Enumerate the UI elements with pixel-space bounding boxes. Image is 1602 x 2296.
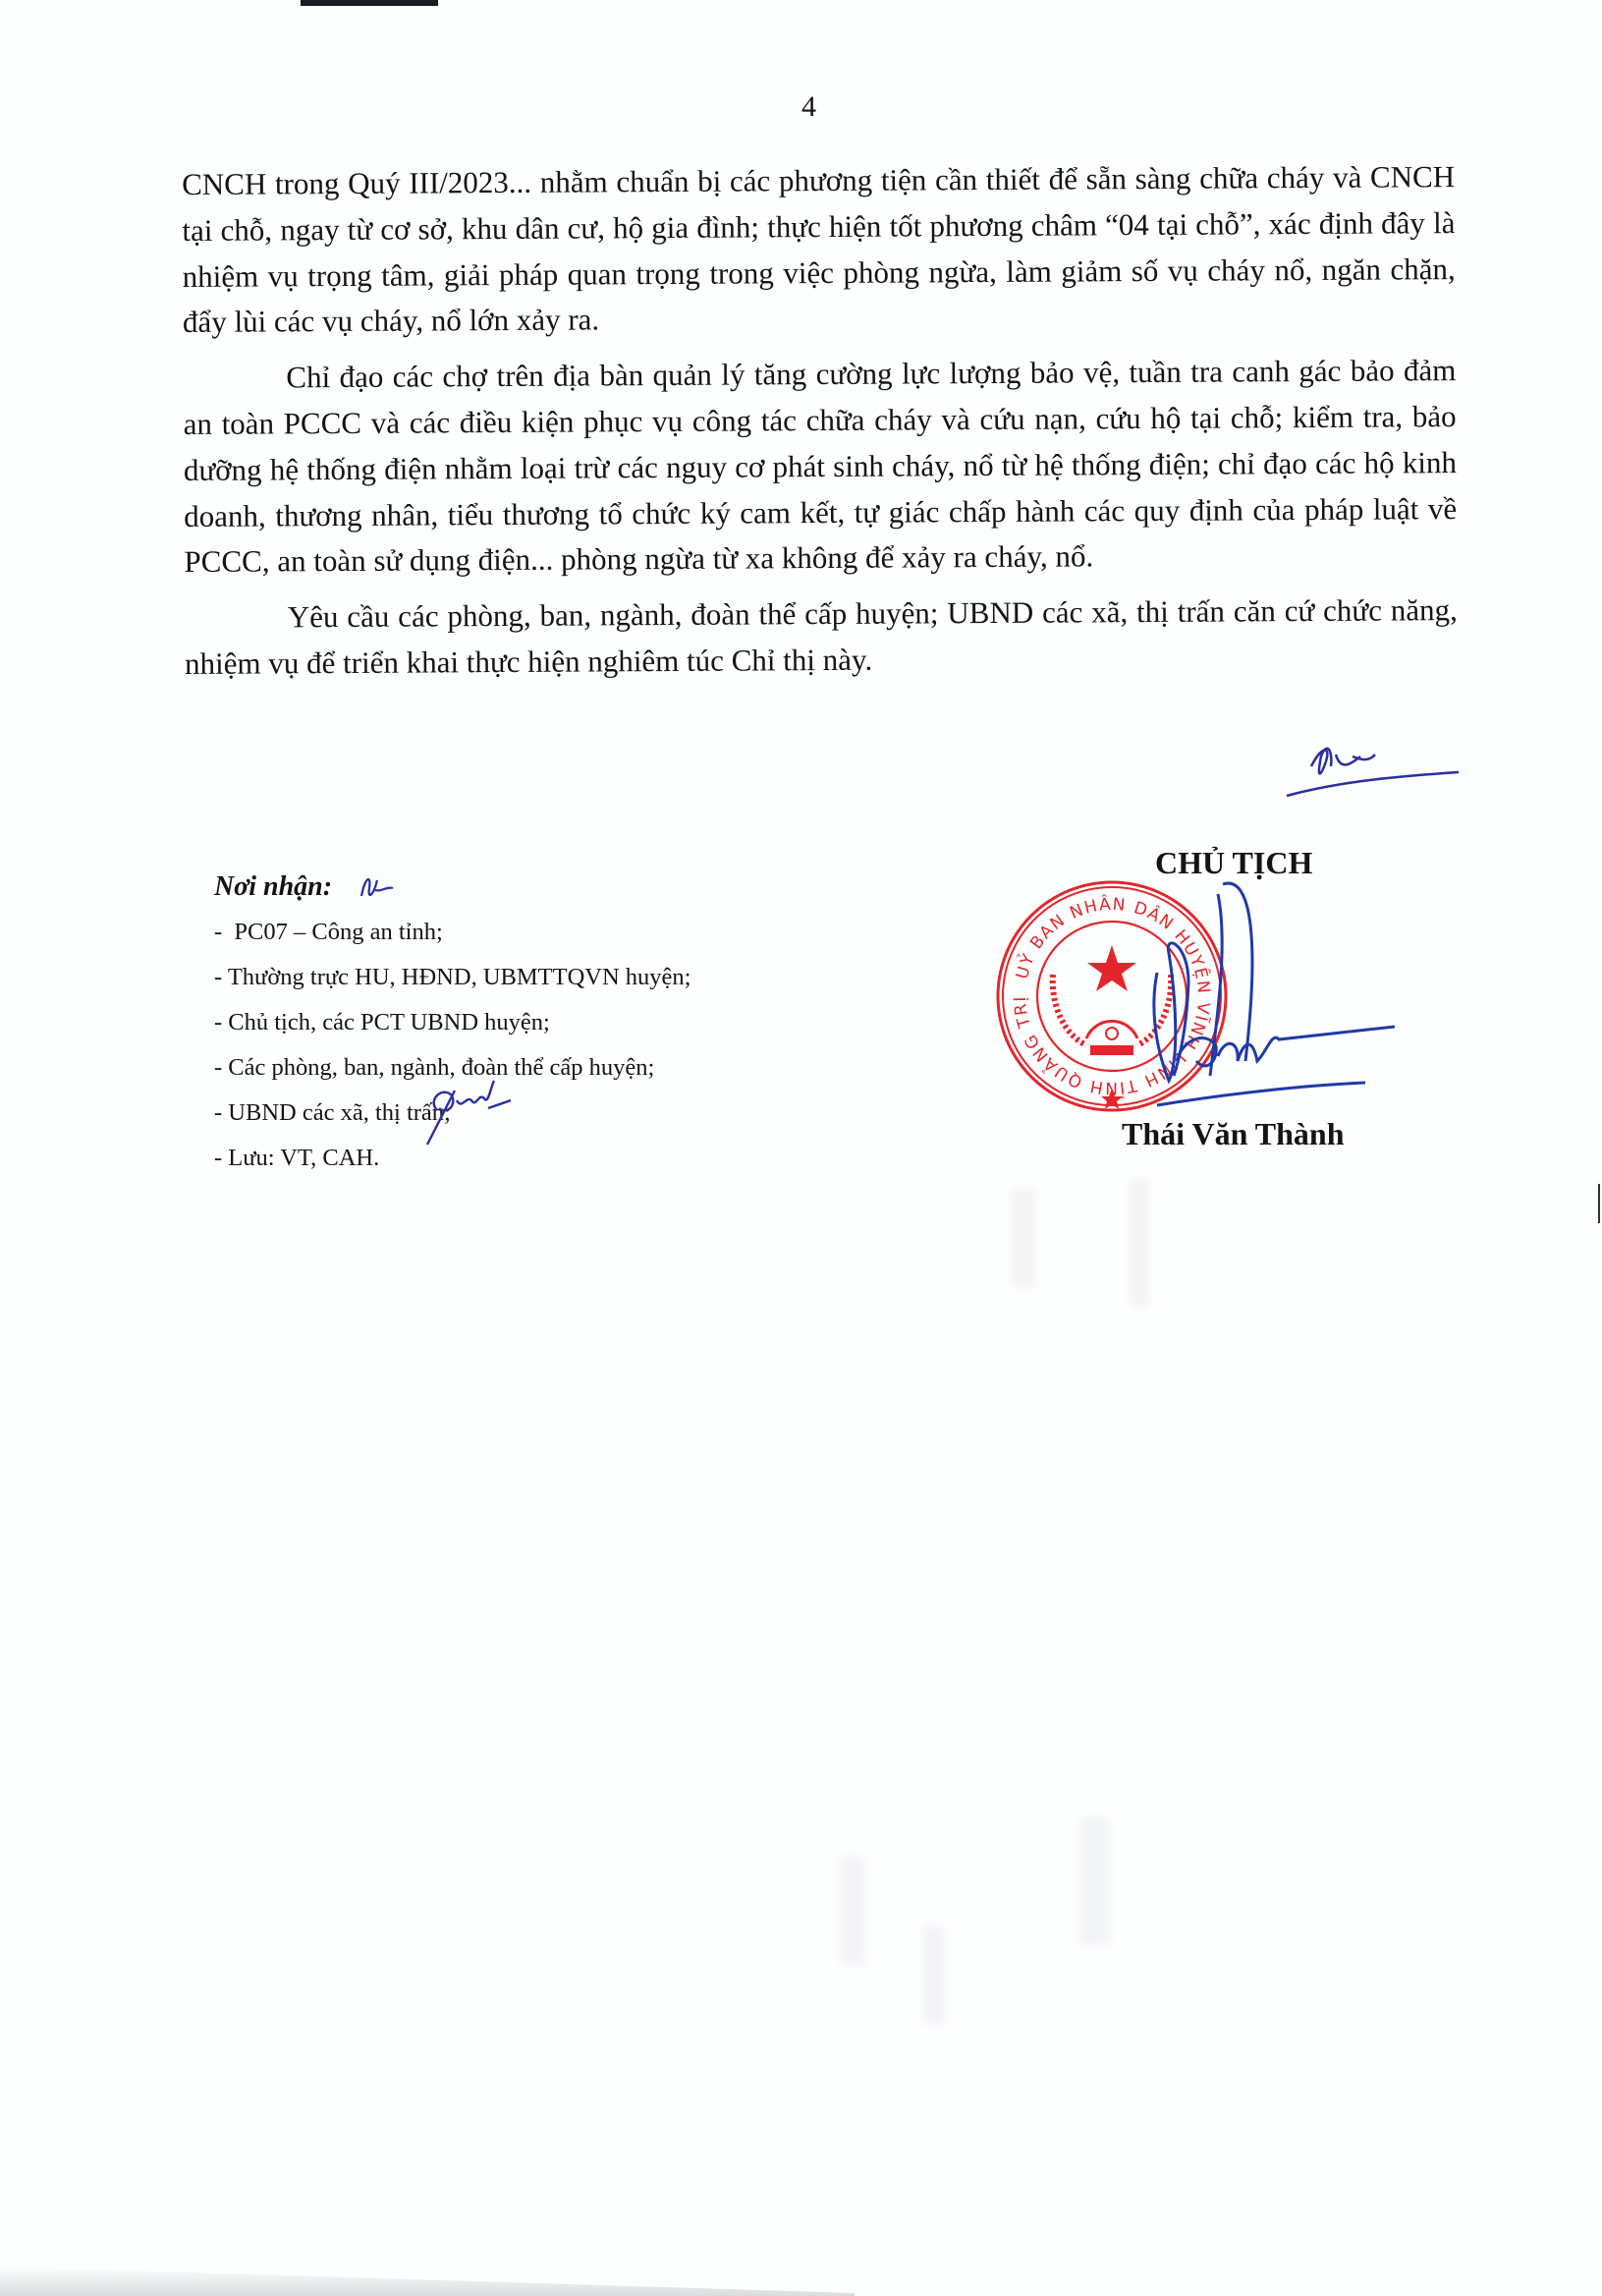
recipient-item: - Thường trực HU, HĐND, UBMTTQVN huyện; <box>214 955 691 1000</box>
bleed-through-mark <box>1080 1818 1110 1945</box>
document-body: CNCH trong Quý III/2023... nhằm chuẩn bị… <box>182 154 1458 698</box>
scan-shadow <box>0 2267 855 2296</box>
scan-artifact-bar <box>301 0 438 6</box>
paragraph-request: Yêu cầu các phòng, ban, ngành, đoàn thể … <box>185 588 1459 688</box>
recipients-initial-icon <box>354 867 403 906</box>
paragraph-request-text: Yêu cầu các phòng, ban, ngành, đoàn thể … <box>185 592 1458 681</box>
recipient-item: - PC07 – Công an tỉnh; <box>214 910 691 955</box>
paragraph-continuation: CNCH trong Quý III/2023... nhằm chuẩn bị… <box>182 154 1456 346</box>
scan-edge-mark <box>1598 1184 1600 1223</box>
initial-signature-icon <box>1282 727 1468 801</box>
paragraph-markets: Chỉ đạo các chợ trên địa bàn quản lý tăn… <box>183 348 1457 586</box>
recipient-item: - Chủ tịch, các PCT UBND huyện; <box>214 1000 691 1045</box>
handwritten-signature-icon <box>1071 865 1424 1120</box>
bleed-through-mark <box>1012 1189 1035 1287</box>
bleed-through-mark <box>923 1926 945 2024</box>
page-number: 4 <box>801 90 816 124</box>
filing-initial-icon <box>417 1071 525 1149</box>
bleed-through-mark <box>840 1857 865 1965</box>
bleed-through-mark <box>1130 1179 1149 1307</box>
signer-name: Thái Văn Thành <box>1122 1116 1345 1152</box>
recipients-title: Nơi nhận: <box>214 865 691 910</box>
